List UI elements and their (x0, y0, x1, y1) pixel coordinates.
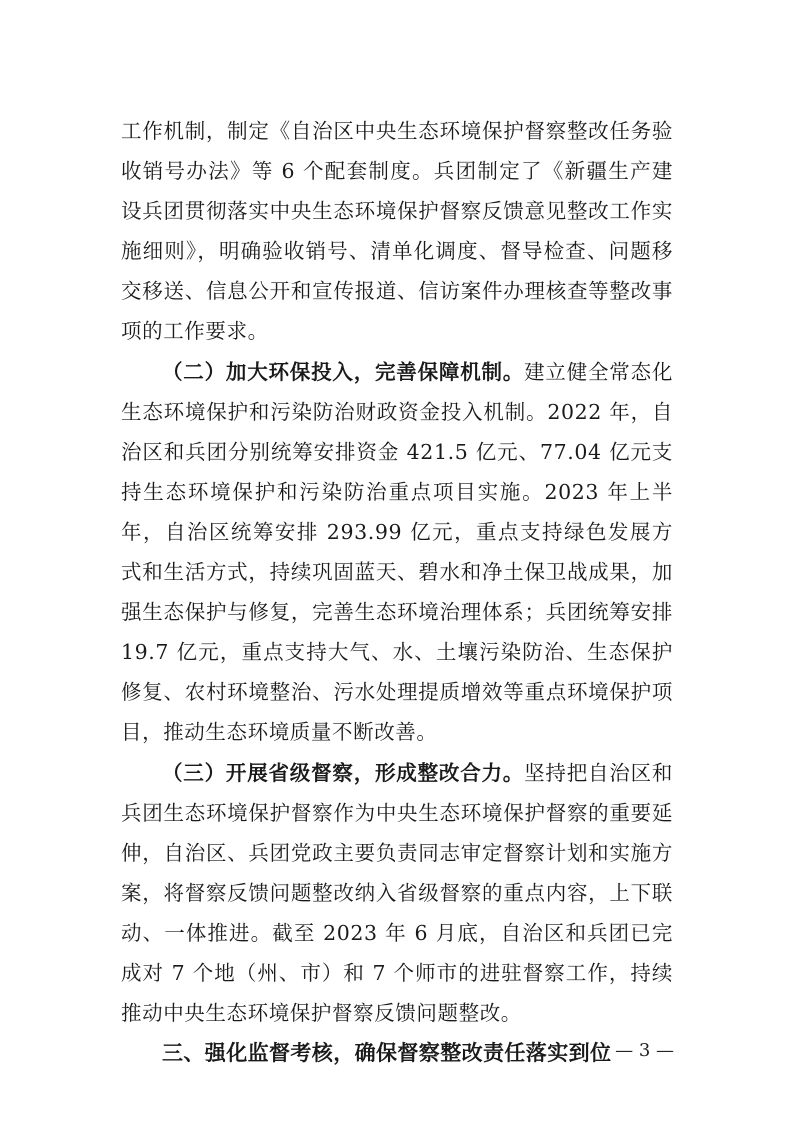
paragraph-text: 工作机制，制定《自治区中央生态环境保护督察整改任务验收销号办法》等 6 个配套制… (121, 119, 673, 343)
page-number: — 3 — (608, 1040, 674, 1061)
paragraph-lead: （三）开展省级督察，形成整改合力。 (162, 761, 524, 785)
paragraph-environmental-investment: （二）加大环保投入，完善保障机制。建立健全常态化生态环境保护和污染防治财政资金投… (121, 352, 673, 753)
paragraph-continuation: 工作机制，制定《自治区中央生态环境保护督察整改任务验收销号办法》等 6 个配套制… (121, 111, 673, 352)
document-page: 工作机制，制定《自治区中央生态环境保护督察整改任务验收销号办法》等 6 个配套制… (0, 0, 793, 1122)
paragraph-text: 建立健全常态化生态环境保护和污染防治财政资金投入机制。2022 年，自治区和兵团… (121, 360, 673, 745)
paragraph-text: 坚持把自治区和兵团生态环境保护督察作为中央生态环境保护督察的重要延伸，自治区、兵… (121, 761, 673, 1026)
section-heading: 三、强化监督考核，确保督察整改责任落实到位 (121, 1033, 673, 1073)
paragraph-lead: （二）加大环保投入，完善保障机制。 (162, 360, 524, 384)
document-body: 工作机制，制定《自治区中央生态环境保护督察整改任务验收销号办法》等 6 个配套制… (121, 111, 673, 1073)
paragraph-provincial-inspection: （三）开展省级督察，形成整改合力。坚持把自治区和兵团生态环境保护督察作为中央生态… (121, 753, 673, 1034)
